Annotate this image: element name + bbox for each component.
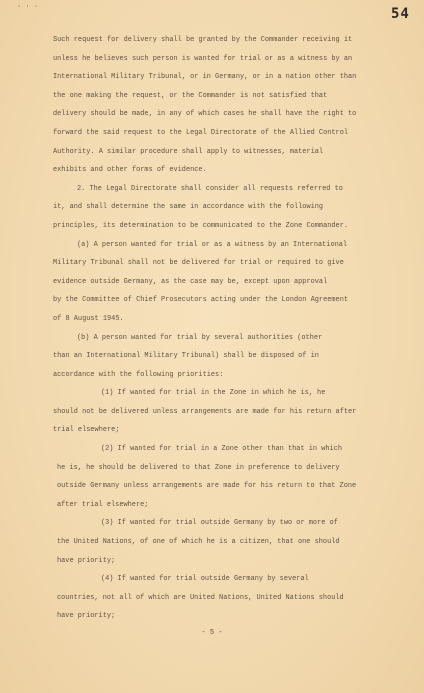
- text-line: outside Germany unless arrangements are …: [53, 477, 383, 496]
- text-line: International Military Tribunal, or in G…: [53, 68, 383, 87]
- text-line: Authority. A similar procedure shall app…: [53, 143, 383, 162]
- priority-4-start: (4) If wanted for trial outside Germany …: [53, 570, 383, 589]
- priority-2-start: (2) If wanted for trial in a Zone other …: [53, 440, 383, 459]
- text-line: he is, he should be delivered to that Zo…: [53, 459, 383, 478]
- corner-mark: · · ·: [17, 3, 38, 11]
- clause-b-start: (b) A person wanted for trial by several…: [53, 329, 383, 348]
- priority-3-start: (3) If wanted for trial outside Germany …: [53, 514, 383, 533]
- text-line: of 8 August 1945.: [53, 310, 383, 329]
- text-line: accordance with the following priorities…: [53, 366, 383, 385]
- document-body: Such request for delivery shall be grant…: [53, 31, 383, 626]
- text-line: than an International Military Tribunal)…: [53, 347, 383, 366]
- text-line: have priority;: [53, 552, 383, 571]
- text-line: the United Nations, of one of which he i…: [53, 533, 383, 552]
- page-number-stamp: 54: [391, 6, 410, 22]
- text-line: forward the said request to the Legal Di…: [53, 124, 383, 143]
- text-line: Such request for delivery shall be grant…: [53, 31, 383, 50]
- priority-1-start: (1) If wanted for trial in the Zone in w…: [53, 384, 383, 403]
- text-line: have priority;: [53, 607, 383, 626]
- clause-a-start: (a) A person wanted for trial or as a wi…: [53, 236, 383, 255]
- text-line: Military Tribunal shall not be delivered…: [53, 254, 383, 273]
- text-line: exhibits and other forms of evidence.: [53, 161, 383, 180]
- text-line: principles, its determination to be comm…: [53, 217, 383, 236]
- text-line: it, and shall determine the same in acco…: [53, 198, 383, 217]
- text-line: delivery should be made, in any of which…: [53, 105, 383, 124]
- text-line: the one making the request, or the Comma…: [53, 87, 383, 106]
- text-line: unless he believes such person is wanted…: [53, 50, 383, 69]
- text-line: evidence outside Germany, as the case ma…: [53, 273, 383, 292]
- text-line: by the Committee of Chief Prosecutors ac…: [53, 291, 383, 310]
- text-line: trial elsewhere;: [53, 421, 383, 440]
- paragraph-2-start: 2. The Legal Directorate shall consider …: [53, 180, 383, 199]
- text-line: countries, not all of which are United N…: [53, 589, 383, 608]
- text-line: after trial elsewhere;: [53, 496, 383, 515]
- text-line: should not be delivered unless arrangeme…: [53, 403, 383, 422]
- footer-page-number: - 5 -: [0, 629, 424, 637]
